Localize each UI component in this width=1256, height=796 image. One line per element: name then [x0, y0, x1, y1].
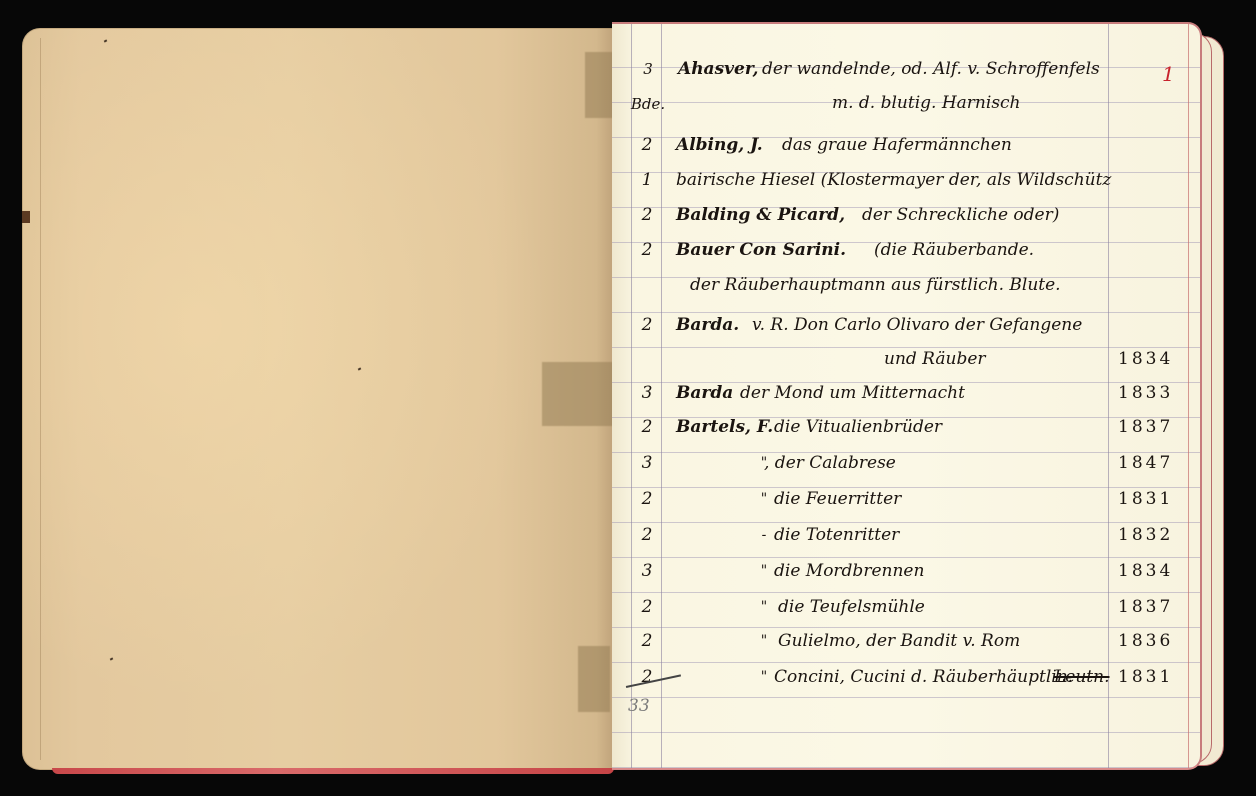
entry-year: 1831 — [1118, 482, 1178, 517]
entry-year: 1832 — [1118, 518, 1178, 553]
entry-author: Barda — [676, 376, 733, 411]
entry-quantity: 3 — [632, 446, 662, 481]
ledger-row: 2 - die Totenritter 1832 — [612, 518, 1200, 553]
tally-total: 33 — [628, 696, 650, 716]
entry-year: 1833 — [1118, 376, 1178, 411]
ledger-row: 3 Bde. Ahasver, der wandelnde, od. Alf. … — [612, 52, 1200, 87]
ledger-row: 2 Balding & Picard, der Schreckliche ode… — [612, 198, 1200, 233]
ledger-row: 2 " Concini, Cucini d. Räuberhäuptlin. L… — [612, 660, 1200, 695]
entry-title: der Mond um Mitternacht — [740, 376, 965, 411]
entry-title: der wandelnde, od. Alf. v. Schroffenfels — [762, 52, 1100, 87]
ledger-row: 2 " die Feuerritter 1831 — [612, 482, 1200, 517]
glue-stain — [542, 362, 614, 426]
entry-year: 1837 — [1118, 590, 1178, 625]
entry-year: 1836 — [1118, 624, 1178, 659]
ditto-mark: " — [754, 590, 774, 625]
ledger-row: und Räuber 1834 — [612, 342, 1200, 377]
ledger-row: der Räuberhauptmann aus fürstlich. Blute… — [612, 268, 1200, 303]
entry-author: Bartels, F. — [676, 410, 773, 445]
paper-speck — [358, 367, 362, 370]
entry-author: Balding & Picard, — [676, 198, 845, 233]
entry-author: Ahasver, — [678, 52, 758, 87]
entry-quantity: 1 — [632, 163, 662, 198]
entry-year: 1834 — [1118, 342, 1178, 377]
entry-quantity: 2 — [632, 590, 662, 625]
entry-author: Albing, J. — [676, 128, 763, 163]
entry-title: und Räuber — [884, 342, 986, 377]
ledger-entries: 3 Bde. Ahasver, der wandelnde, od. Alf. … — [612, 24, 1200, 768]
paper-speck — [104, 39, 108, 42]
entry-year: 1831 — [1118, 660, 1178, 695]
ledger-row: 3 " , der Calabrese 1847 — [612, 446, 1200, 481]
entry-quantity: 2 — [632, 128, 662, 163]
entry-author: Barda. — [676, 308, 739, 343]
entry-title: die Vitualienbrüder — [774, 410, 942, 445]
entry-title: die Mordbrennen — [774, 554, 924, 589]
ditto-mark: " — [754, 482, 774, 517]
entry-title: Gulielmo, der Bandit v. Rom — [778, 624, 1020, 659]
entry-quantity: 2 — [632, 308, 662, 343]
binding-tab-mark — [22, 211, 30, 223]
entry-quantity: 2 — [632, 624, 662, 659]
entry-quantity: 2 — [632, 233, 662, 268]
ledger-row: 3 Barda der Mond um Mitternacht 1833 — [612, 376, 1200, 411]
entry-quantity: 2 — [632, 410, 662, 445]
ledger-row: 2 " die Teufelsmühle 1837 — [612, 590, 1200, 625]
entry-title: der Räuberhauptmann aus fürstlich. Blute… — [690, 268, 1061, 303]
entry-quantity: 3 — [632, 554, 662, 589]
entry-title: bairische Hiesel (Klostermayer der, als … — [676, 163, 1111, 198]
entry-title: (die Räuberbande. — [874, 233, 1034, 268]
ledger-row: 2 Albing, J. das graue Hafermännchen — [612, 128, 1200, 163]
ledger-row: 2 " Gulielmo, der Bandit v. Rom 1836 — [612, 624, 1200, 659]
ditto-mark: " — [754, 624, 774, 659]
entry-title: die Totenritter — [774, 518, 899, 553]
entry-author: Bauer Con Sarini. — [676, 233, 846, 268]
entry-title: v. R. Don Carlo Olivaro der Gefangene — [752, 308, 1082, 343]
page-fold-line — [40, 38, 41, 760]
red-page-edge — [52, 768, 614, 774]
entry-title: die Feuerritter — [774, 482, 901, 517]
ditto-mark: " — [754, 554, 774, 589]
ledger-row: 2 Bauer Con Sarini. (die Räuberbande. — [612, 233, 1200, 268]
entry-year: 1837 — [1118, 410, 1178, 445]
entry-title: Concini, Cucini d. Räuberhäuptlin. — [774, 660, 1073, 695]
glue-stain — [578, 646, 610, 712]
ledger-row: 2 Barda. v. R. Don Carlo Olivaro der Gef… — [612, 308, 1200, 343]
ledger-row: 2 Bartels, F. die Vitualienbrüder 1837 — [612, 410, 1200, 445]
entry-quantity: 2 — [632, 518, 662, 553]
ditto-mark: - — [754, 518, 774, 553]
entry-quantity: 3 — [632, 376, 662, 411]
entry-title: , der Calabrese — [764, 446, 896, 481]
glue-stain — [585, 52, 613, 118]
entry-title: das graue Hafermännchen — [782, 128, 1012, 163]
ledger-page: 1 3 Bde. Ahasver, der wandelnde, od. Alf… — [612, 22, 1202, 770]
entry-quantity: 2 — [632, 198, 662, 233]
entry-year: 1847 — [1118, 446, 1178, 481]
entry-quantity: 2 — [632, 660, 662, 695]
entry-year: 1834 — [1118, 554, 1178, 589]
ditto-mark: " — [754, 660, 774, 695]
paper-speck — [110, 657, 114, 660]
entry-title: m. d. blutig. Harnisch — [832, 86, 1021, 121]
entry-title: der Schreckliche oder) — [862, 198, 1059, 233]
struck-out-word: Leutn. — [1054, 660, 1109, 695]
ledger-row: 3 " die Mordbrennen 1834 — [612, 554, 1200, 589]
open-ledger-book: 1 3 Bde. Ahasver, der wandelnde, od. Alf… — [0, 0, 1256, 796]
entry-quantity: 2 — [632, 482, 662, 517]
ledger-row: m. d. blutig. Harnisch — [612, 86, 1200, 121]
left-endpaper-page — [22, 28, 614, 770]
ledger-row: 1 bairische Hiesel (Klostermayer der, al… — [612, 163, 1200, 198]
entry-title: die Teufelsmühle — [778, 590, 925, 625]
right-ledger-pages: 1 3 Bde. Ahasver, der wandelnde, od. Alf… — [612, 22, 1224, 768]
